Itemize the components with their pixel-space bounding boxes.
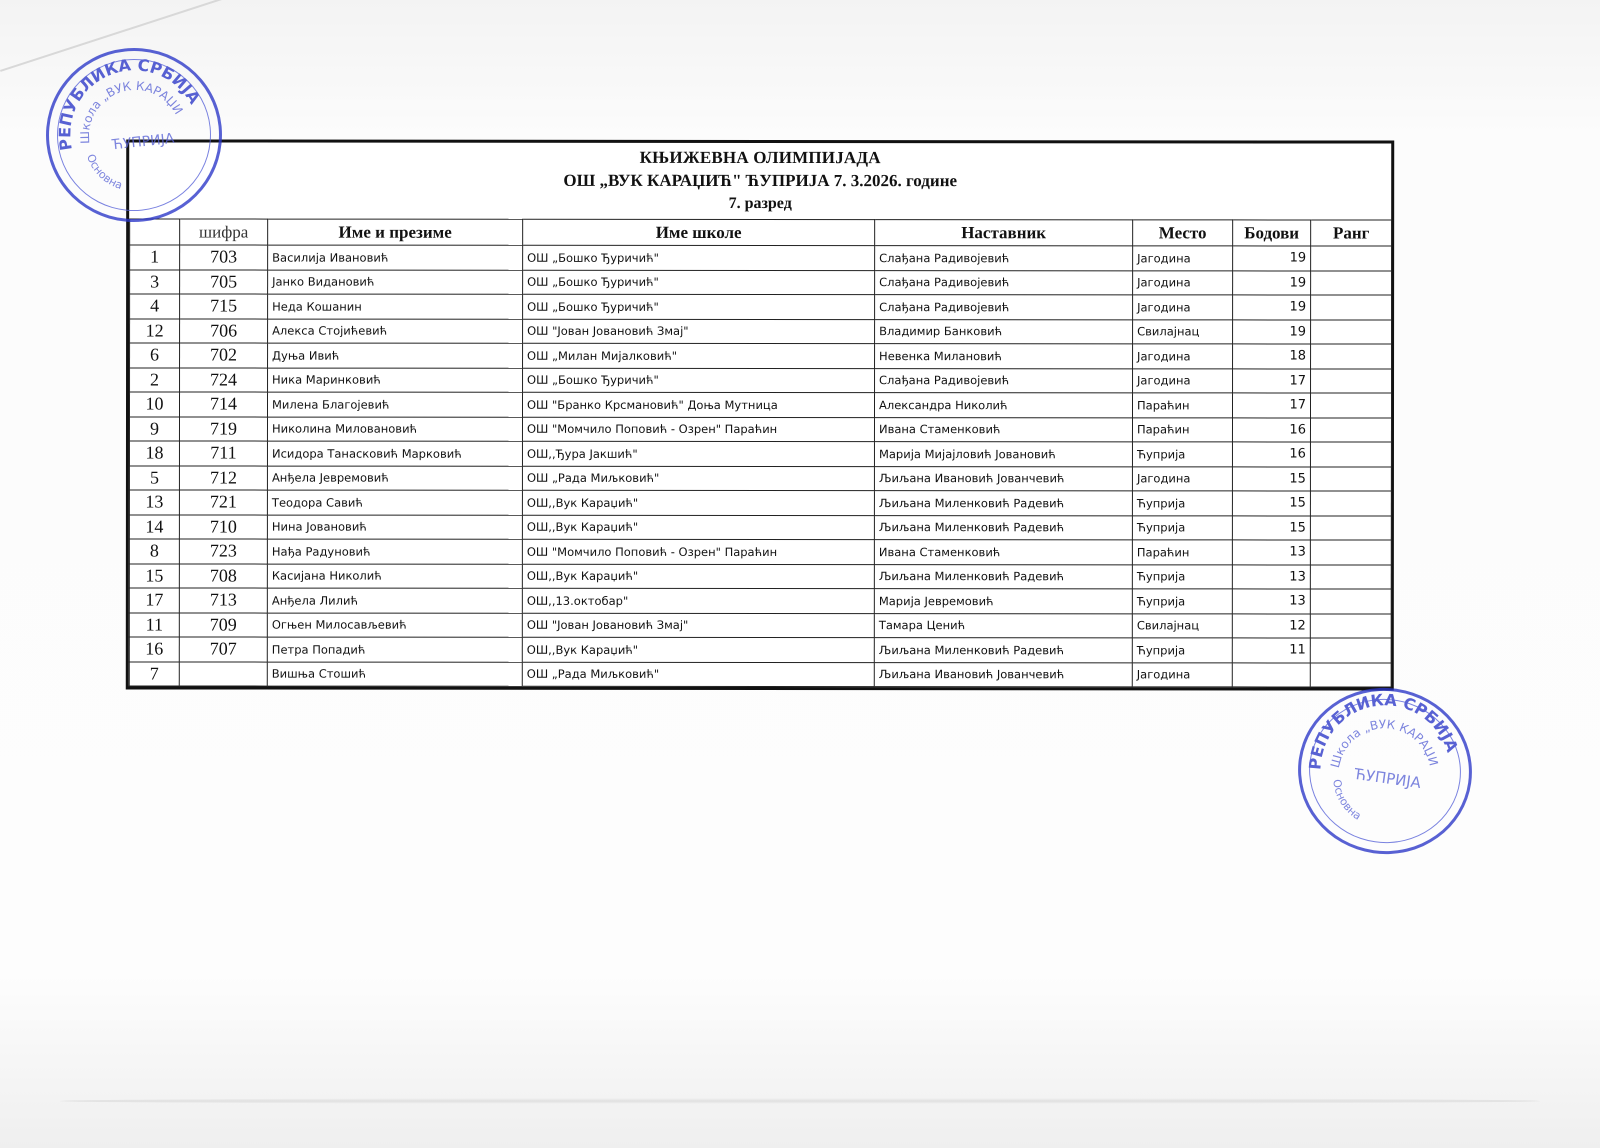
cell-place: Јагодина bbox=[1132, 466, 1232, 491]
cell-code: 712 bbox=[179, 465, 267, 490]
cell-school: ОШ "Момчило Поповић - Озрен" Параћин bbox=[522, 417, 874, 442]
cell-code: 705 bbox=[180, 269, 268, 294]
header-teacher: Наставник bbox=[875, 220, 1133, 246]
cell-teacher: Владимир Банковић bbox=[875, 319, 1133, 344]
stamp-seal-icon: РЕПУБЛИКА СРБИЈА Школа „ВУК КАРАЏИЋ" ЋУП… bbox=[1291, 680, 1480, 862]
cell-school: ОШ „Бошко Ђуричић" bbox=[523, 294, 875, 319]
cell-student-name: Касијана Николић bbox=[267, 564, 522, 589]
cell-school: ОШ,,Вук Караџић" bbox=[522, 515, 874, 540]
cell-teacher: Ивана Стаменковић bbox=[874, 417, 1132, 442]
cell-student-name: Нина Јовановић bbox=[267, 515, 522, 540]
cell-teacher: Љиљана Миленковић Радевић bbox=[874, 638, 1132, 663]
cell-index: 18 bbox=[129, 441, 179, 466]
cell-place: Параћин bbox=[1132, 417, 1232, 442]
cell-teacher: Марија Мијајловић Јовановић bbox=[874, 442, 1132, 467]
cell-teacher: Љиљана Ивановић Јованчевић bbox=[874, 662, 1132, 687]
svg-text:ЋУПРИЈА: ЋУПРИЈА bbox=[110, 131, 175, 154]
table-row: 5712Анђела ЈевремовићОШ „Рада Миљковић"Љ… bbox=[129, 465, 1391, 491]
cell-code: 711 bbox=[179, 441, 267, 466]
cell-code: 724 bbox=[180, 367, 268, 392]
cell-student-name: Ника Маринковић bbox=[268, 368, 523, 393]
document-subtitle: ОШ „ВУК КАРАЏИЋ" ЋУПРИЈА 7. 3.2026. годи… bbox=[129, 168, 1391, 193]
cell-rank bbox=[1310, 442, 1391, 467]
cell-index: 10 bbox=[129, 392, 179, 417]
cell-place: Јагодина bbox=[1133, 270, 1233, 295]
cell-student-name: Николина Миловановић bbox=[267, 417, 522, 442]
cell-place: Ћуприја bbox=[1132, 564, 1232, 589]
cell-school: ОШ,,13.октобар" bbox=[522, 588, 874, 613]
table-row: 6702Дуња ИвићОШ „Милан Мијалковић"Невенк… bbox=[130, 343, 1392, 369]
cell-rank bbox=[1310, 417, 1391, 442]
cell-points: 19 bbox=[1233, 270, 1311, 295]
cell-student-name: Неда Кошанин bbox=[268, 294, 523, 319]
cell-rank bbox=[1310, 564, 1391, 589]
cell-student-name: Василија Ивановић bbox=[268, 245, 523, 270]
table-row: 17713Анђела ЛилићОШ,,13.октобар"Марија Ј… bbox=[129, 588, 1391, 614]
svg-text:Основна: Основна bbox=[84, 150, 126, 196]
cell-place: Ћуприја bbox=[1132, 442, 1232, 467]
cell-index: 5 bbox=[129, 465, 179, 490]
cell-points: 16 bbox=[1232, 442, 1310, 467]
cell-code: 702 bbox=[180, 343, 268, 368]
cell-student-name: Петра Попадић bbox=[267, 637, 522, 662]
cell-place: Ћуприја bbox=[1132, 589, 1232, 614]
results-table: шифра Име и презиме Име школе Наставник … bbox=[129, 218, 1392, 687]
header-points: Бодови bbox=[1233, 220, 1311, 246]
cell-student-name: Анђела Јевремовић bbox=[267, 466, 522, 491]
cell-index: 12 bbox=[130, 318, 180, 343]
grade-label: 7. разред bbox=[129, 192, 1391, 215]
cell-student-name: Анђела Лилић bbox=[267, 588, 522, 613]
table-row: 2724Ника МаринковићОШ „Бошко Ђуричић"Сла… bbox=[130, 367, 1392, 393]
cell-teacher: Ивана Стаменковић bbox=[874, 540, 1132, 565]
cell-index: 9 bbox=[129, 416, 179, 441]
school-stamp-left: РЕПУБЛИКА СРБИЈА Школа „ВУК КАРАЏИЋ" ЋУП… bbox=[37, 39, 230, 230]
cell-teacher: Љиљана Ивановић Јованчевић bbox=[874, 466, 1132, 491]
cell-index: 2 bbox=[130, 367, 180, 392]
cell-place: Свилајнац bbox=[1132, 613, 1232, 638]
cell-index: 6 bbox=[130, 343, 180, 368]
cell-index: 1 bbox=[130, 245, 180, 270]
cell-index: 4 bbox=[130, 294, 180, 319]
cell-points: 12 bbox=[1232, 613, 1310, 638]
cell-points: 17 bbox=[1233, 368, 1311, 393]
table-row: 15708Касијана НиколићОШ,,Вук Караџић"Љиљ… bbox=[129, 563, 1391, 589]
cell-rank bbox=[1310, 540, 1391, 565]
cell-school: ОШ "Момчило Поповић - Озрен" Параћин bbox=[522, 539, 874, 564]
table-row: 9719Николина МиловановићОШ "Момчило Попо… bbox=[129, 416, 1391, 442]
svg-text:ЋУПРИЈА: ЋУПРИЈА bbox=[1352, 765, 1423, 792]
cell-points: 19 bbox=[1233, 246, 1311, 271]
table-row: 8723Нађа РадуновићОШ "Момчило Поповић - … bbox=[129, 539, 1391, 565]
cell-rank bbox=[1310, 393, 1391, 418]
cell-teacher: Слађана Радивојевић bbox=[875, 246, 1133, 271]
cell-teacher: Љиљана Миленковић Радевић bbox=[874, 515, 1132, 540]
cell-rank bbox=[1310, 613, 1391, 638]
cell-points: 17 bbox=[1232, 393, 1310, 418]
header-code: шифра bbox=[180, 219, 268, 245]
cell-points: 11 bbox=[1232, 638, 1310, 663]
cell-rank bbox=[1310, 466, 1391, 491]
cell-school: ОШ "Јован Јовановић Змај" bbox=[522, 613, 874, 638]
cell-code: 723 bbox=[179, 539, 267, 564]
cell-student-name: Вишња Стошић bbox=[267, 662, 522, 687]
cell-school: ОШ "Бранко Крсмановић" Доња Мутница bbox=[522, 392, 874, 417]
cell-school: ОШ,,Вук Караџић" bbox=[522, 564, 874, 589]
table-row: 10714Милена БлагојевићОШ "Бранко Крсмано… bbox=[129, 392, 1391, 418]
cell-points: 13 bbox=[1232, 589, 1310, 614]
cell-school: ОШ „Бошко Ђуричић" bbox=[523, 245, 875, 270]
cell-points: 19 bbox=[1233, 295, 1311, 320]
results-sheet: КЊИЖЕВНА ОЛИМПИЈАДА ОШ „ВУК КАРАЏИЋ" ЋУП… bbox=[126, 139, 1394, 690]
header-rank: Ранг bbox=[1311, 220, 1392, 246]
table-row: 16707Петра ПопадићОШ,,Вук Караџић"Љиљана… bbox=[129, 637, 1391, 663]
cell-points: 15 bbox=[1232, 491, 1310, 516]
table-row: 14710Нина ЈовановићОШ,,Вук Караџић"Љиљан… bbox=[129, 514, 1391, 540]
cell-student-name: Дуња Ивић bbox=[268, 343, 523, 368]
cell-student-name: Нађа Радуновић bbox=[267, 539, 522, 564]
cell-student-name: Алекса Стојићевић bbox=[268, 319, 523, 344]
table-row: 7Вишња СтошићОШ „Рада Миљковић"Љиљана Ив… bbox=[129, 661, 1391, 687]
cell-points: 15 bbox=[1232, 466, 1310, 491]
document-title: КЊИЖЕВНА ОЛИМПИЈАДА bbox=[129, 146, 1391, 169]
cell-code: 709 bbox=[179, 612, 267, 637]
cell-index: 17 bbox=[129, 588, 179, 613]
cell-rank bbox=[1310, 515, 1391, 540]
cell-code: 708 bbox=[179, 563, 267, 588]
header-place: Место bbox=[1133, 220, 1233, 246]
cell-rank bbox=[1310, 638, 1391, 663]
cell-rank bbox=[1311, 344, 1392, 369]
table-row: 4715Неда КошанинОШ „Бошко Ђуричић"Слађан… bbox=[130, 294, 1392, 320]
header-index bbox=[130, 219, 180, 245]
cell-code: 714 bbox=[179, 392, 267, 417]
cell-school: ОШ,,Вук Караџић" bbox=[522, 490, 874, 515]
cell-teacher: Слађана Радивојевић bbox=[875, 270, 1133, 295]
cell-code: 706 bbox=[180, 318, 268, 343]
cell-place: Свилајнац bbox=[1133, 319, 1233, 344]
cell-school: ОШ „Бошко Ђуричић" bbox=[523, 270, 875, 295]
cell-rank bbox=[1311, 368, 1392, 393]
cell-teacher: Тамара Ценић bbox=[874, 613, 1132, 638]
table-row: 1703Василија ИвановићОШ „Бошко Ђуричић"С… bbox=[130, 245, 1392, 271]
cell-teacher: Невенка Милановић bbox=[875, 344, 1133, 369]
cell-student-name: Јанко Видановић bbox=[268, 270, 523, 295]
cell-school: ОШ „Рада Миљковић" bbox=[522, 662, 874, 687]
cell-rank bbox=[1310, 589, 1391, 614]
cell-school: ОШ „Милан Мијалковић" bbox=[523, 343, 875, 368]
cell-teacher: Марија Јевремовић bbox=[874, 589, 1132, 614]
cell-place: Јагодина bbox=[1133, 295, 1233, 320]
cell-place: Параћин bbox=[1132, 393, 1232, 418]
cell-teacher: Љиљана Миленковић Радевић bbox=[874, 491, 1132, 516]
table-header-row: шифра Име и презиме Име школе Наставник … bbox=[130, 219, 1392, 246]
table-row: 12706Алекса СтојићевићОШ "Јован Јованови… bbox=[130, 318, 1392, 344]
cell-points: 16 bbox=[1232, 417, 1310, 442]
cell-student-name: Милена Благојевић bbox=[267, 392, 522, 417]
cell-student-name: Огњен Милосављевић bbox=[267, 613, 522, 638]
cell-points: 13 bbox=[1232, 564, 1310, 589]
cell-index: 13 bbox=[129, 490, 179, 515]
cell-code: 707 bbox=[179, 637, 267, 662]
school-stamp-right: РЕПУБЛИКА СРБИЈА Школа „ВУК КАРАЏИЋ" ЋУП… bbox=[1287, 677, 1482, 866]
cell-code: 713 bbox=[179, 588, 267, 613]
header-name: Име и презиме bbox=[268, 219, 523, 245]
cell-student-name: Исидора Танасковић Марковић bbox=[267, 441, 522, 466]
cell-points: 19 bbox=[1233, 319, 1311, 344]
cell-index: 3 bbox=[130, 269, 180, 294]
cell-school: ОШ „Бошко Ђуричић" bbox=[523, 368, 875, 393]
cell-code: 719 bbox=[179, 416, 267, 441]
cell-points: 18 bbox=[1233, 344, 1311, 369]
table-row: 18711Исидора Танасковић МарковићОШ,,Ђура… bbox=[129, 441, 1391, 467]
cell-rank bbox=[1310, 491, 1391, 516]
cell-student-name: Теодора Савић bbox=[267, 490, 522, 515]
cell-place: Јагодина bbox=[1132, 662, 1232, 687]
cell-place: Јагодина bbox=[1133, 368, 1233, 393]
table-row: 3705Јанко ВидановићОШ „Бошко Ђуричић"Сла… bbox=[130, 269, 1392, 295]
header-school: Име школе bbox=[523, 219, 875, 245]
cell-index: 7 bbox=[129, 661, 179, 686]
cell-points: 15 bbox=[1232, 515, 1310, 540]
cell-place: Јагодина bbox=[1133, 344, 1233, 369]
cell-code: 710 bbox=[179, 514, 267, 539]
cell-school: ОШ „Рада Миљковић" bbox=[522, 466, 874, 491]
cell-school: ОШ "Јован Јовановић Змај" bbox=[523, 319, 875, 344]
title-block: КЊИЖЕВНА ОЛИМПИЈАДА ОШ „ВУК КАРАЏИЋ" ЋУП… bbox=[129, 142, 1391, 219]
cell-code: 715 bbox=[180, 294, 268, 319]
cell-code bbox=[179, 661, 267, 686]
cell-place: Ћуприја bbox=[1132, 491, 1232, 516]
cell-place: Параћин bbox=[1132, 540, 1232, 565]
cell-school: ОШ,,Вук Караџић" bbox=[522, 637, 874, 662]
cell-index: 8 bbox=[129, 539, 179, 564]
cell-rank bbox=[1311, 246, 1392, 271]
cell-teacher: Љиљана Миленковић Радевић bbox=[874, 564, 1132, 589]
cell-place: Ћуприја bbox=[1132, 638, 1232, 663]
cell-school: ОШ,,Ђура Јакшић" bbox=[522, 441, 874, 466]
cell-code: 721 bbox=[179, 490, 267, 515]
cell-index: 14 bbox=[129, 514, 179, 539]
cell-teacher: Слађана Радивојевић bbox=[875, 295, 1133, 320]
cell-teacher: Александра Николић bbox=[874, 393, 1132, 418]
cell-index: 16 bbox=[129, 637, 179, 662]
table-row: 11709Огњен МилосављевићОШ "Јован Јованов… bbox=[129, 612, 1391, 638]
cell-points bbox=[1232, 662, 1310, 687]
cell-code: 703 bbox=[180, 245, 268, 270]
stamp-seal-icon: РЕПУБЛИКА СРБИЈА Школа „ВУК КАРАЏИЋ" ЋУП… bbox=[41, 43, 228, 228]
cell-rank bbox=[1311, 295, 1392, 320]
cell-rank bbox=[1311, 319, 1392, 344]
cell-points: 13 bbox=[1232, 540, 1310, 565]
table-row: 13721Теодора СавићОШ,,Вук Караџић"Љиљана… bbox=[129, 490, 1391, 516]
cell-place: Јагодина bbox=[1133, 246, 1233, 271]
paper-bottom-edge bbox=[60, 1098, 1540, 1104]
cell-index: 15 bbox=[129, 563, 179, 588]
cell-teacher: Слађана Радивојевић bbox=[875, 368, 1133, 393]
cell-rank bbox=[1311, 270, 1392, 295]
cell-index: 11 bbox=[129, 612, 179, 637]
cell-place: Ћуприја bbox=[1132, 515, 1232, 540]
